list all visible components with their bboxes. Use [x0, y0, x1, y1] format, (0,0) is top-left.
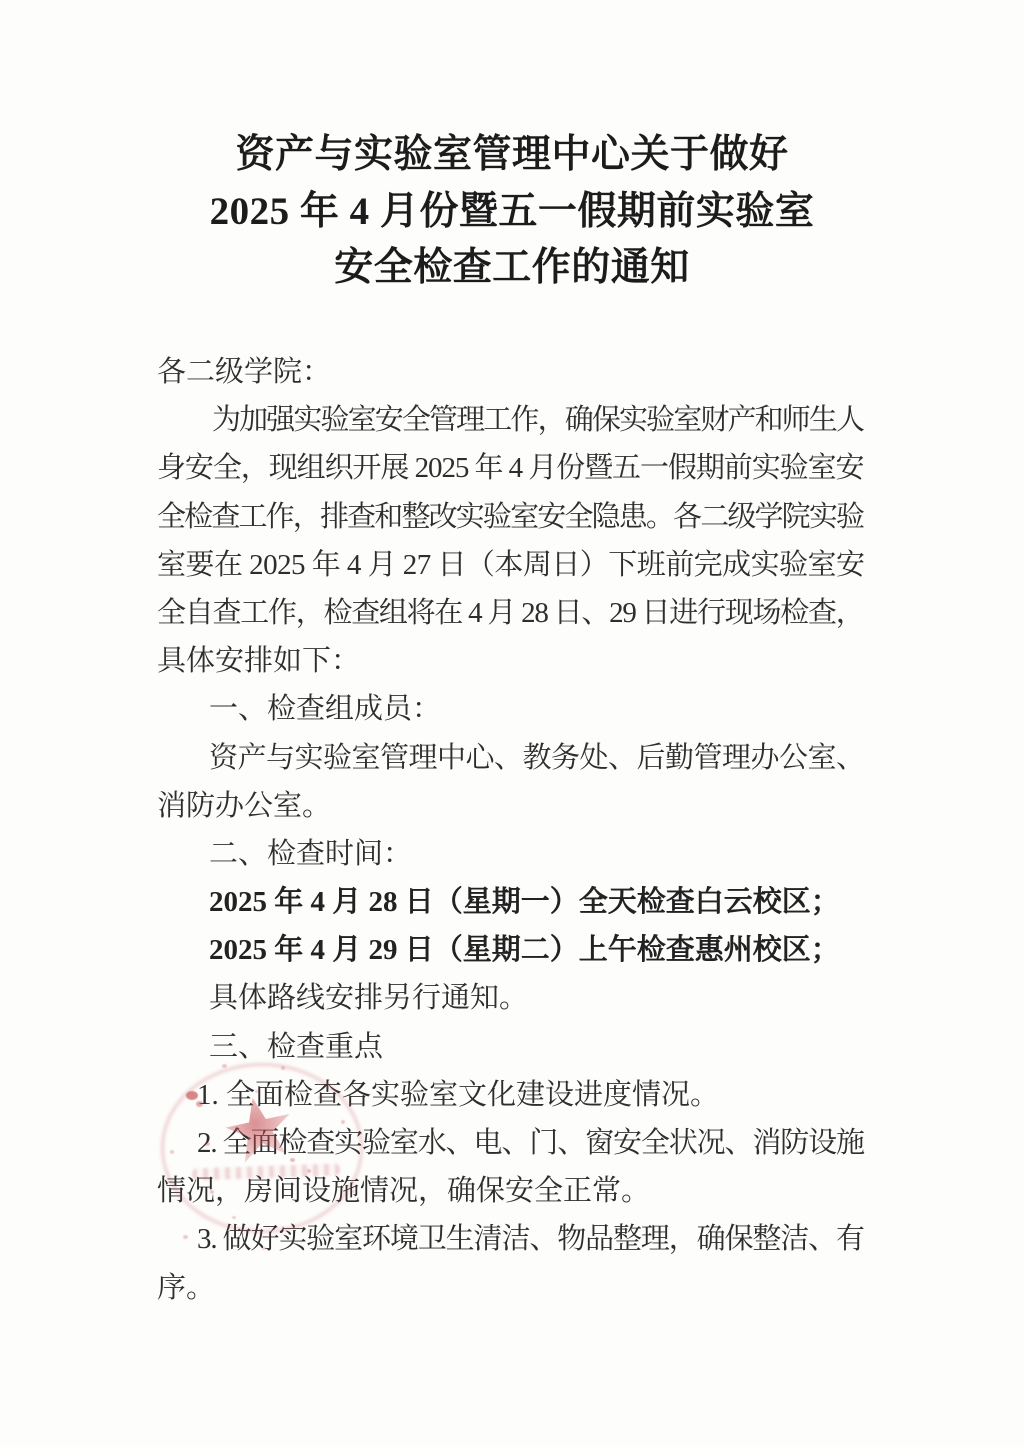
body-line-text: 全检查工作，排查和整改实验室安全隐患。各二级学院实验 [157, 501, 863, 533]
body-line: 全自查工作，检查组将在 4 月 28 日、29 日进行现场检查， [157, 589, 865, 637]
title-line: 安全检查工作的通知 [157, 240, 867, 297]
body-line: 具体路线安排另行通知。 [157, 974, 865, 1022]
body-line-text: 序。 [157, 1272, 215, 1304]
body-line-text: 三、检查重点 [209, 1031, 383, 1063]
body-line: 消防办公室。 [157, 782, 865, 830]
body-line: 2025 年 4 月 28 日（星期一）全天检查白云校区； [157, 878, 865, 926]
body-line: 为加强实验室安全管理工作，确保实验室财产和师生人 [157, 396, 865, 444]
body-line-text: 情况，房间设施情况，确保安全正常。 [157, 1175, 650, 1207]
body-line-text: 2. 全面检查实验室水、电、门、窗安全状况、消防设施 [197, 1127, 864, 1159]
body-line: 具体安排如下： [157, 637, 865, 685]
body-line: 二、检查时间： [157, 830, 865, 878]
document-title: 资产与实验室管理中心关于做好2025 年 4 月份暨五一假期前实验室安全检查工作… [157, 127, 867, 297]
body-line-text: 资产与实验室管理中心、教务处、后勤管理办公室、 [209, 742, 865, 774]
body-line: 身安全，现组织开展 2025 年 4 月份暨五一假期前实验室安 [157, 444, 865, 492]
body-line: 序。 [157, 1264, 865, 1312]
body-line: 情况，房间设施情况，确保安全正常。 [157, 1167, 865, 1215]
body-line-text: 具体路线安排另行通知。 [209, 982, 528, 1014]
body-line-text: 二、检查时间： [209, 838, 412, 870]
body-line-text: 全自查工作，检查组将在 4 月 28 日、29 日进行现场检查， [157, 597, 864, 629]
body-line: 室要在 2025 年 4 月 27 日（本周日）下班前完成实验室安 [157, 541, 865, 589]
title-line: 资产与实验室管理中心关于做好 [157, 127, 867, 184]
body-line: 各二级学院： [157, 348, 865, 396]
body-line: 全检查工作，排查和整改实验室安全隐患。各二级学院实验 [157, 493, 865, 541]
body-line-text: 身安全，现组织开展 2025 年 4 月份暨五一假期前实验室安 [157, 452, 863, 484]
body-line-text: 具体安排如下： [157, 645, 360, 677]
title-line: 2025 年 4 月份暨五一假期前实验室 [157, 184, 867, 241]
body-line: 一、检查组成员： [157, 685, 865, 733]
body-line: 资产与实验室管理中心、教务处、后勤管理办公室、 [157, 734, 865, 782]
body-line: 3. 做好实验室环境卫生清洁、物品整理，确保整洁、有 [157, 1215, 865, 1263]
body-line-text: 一、检查组成员： [209, 693, 441, 725]
document-body: 各二级学院：为加强实验室安全管理工作，确保实验室财产和师生人身安全，现组织开展 … [157, 348, 865, 1312]
body-line-text: 为加强实验室安全管理工作，确保实验室财产和师生人 [212, 404, 863, 436]
body-line: 1. 全面检查各实验室文化建设进度情况。 [157, 1071, 865, 1119]
body-line-text: 2025 年 4 月 28 日（星期一）全天检查白云校区； [209, 886, 840, 918]
body-line-text: 室要在 2025 年 4 月 27 日（本周日）下班前完成实验室安 [157, 549, 864, 581]
body-line: 三、检查重点 [157, 1023, 865, 1071]
body-line-text: 消防办公室。 [157, 790, 331, 822]
body-line-text: 1. 全面检查各实验室文化建设进度情况。 [197, 1079, 719, 1111]
document-page: 资产与实验室管理中心关于做好2025 年 4 月份暨五一假期前实验室安全检查工作… [0, 0, 1024, 1447]
body-line: 2025 年 4 月 29 日（星期二）上午检查惠州校区； [157, 926, 865, 974]
body-line-text: 3. 做好实验室环境卫生清洁、物品整理，确保整洁、有 [197, 1223, 864, 1255]
body-line-text: 各二级学院： [157, 356, 331, 388]
body-line-text: 2025 年 4 月 29 日（星期二）上午检查惠州校区； [209, 934, 840, 966]
body-line: 2. 全面检查实验室水、电、门、窗安全状况、消防设施 [157, 1119, 865, 1167]
